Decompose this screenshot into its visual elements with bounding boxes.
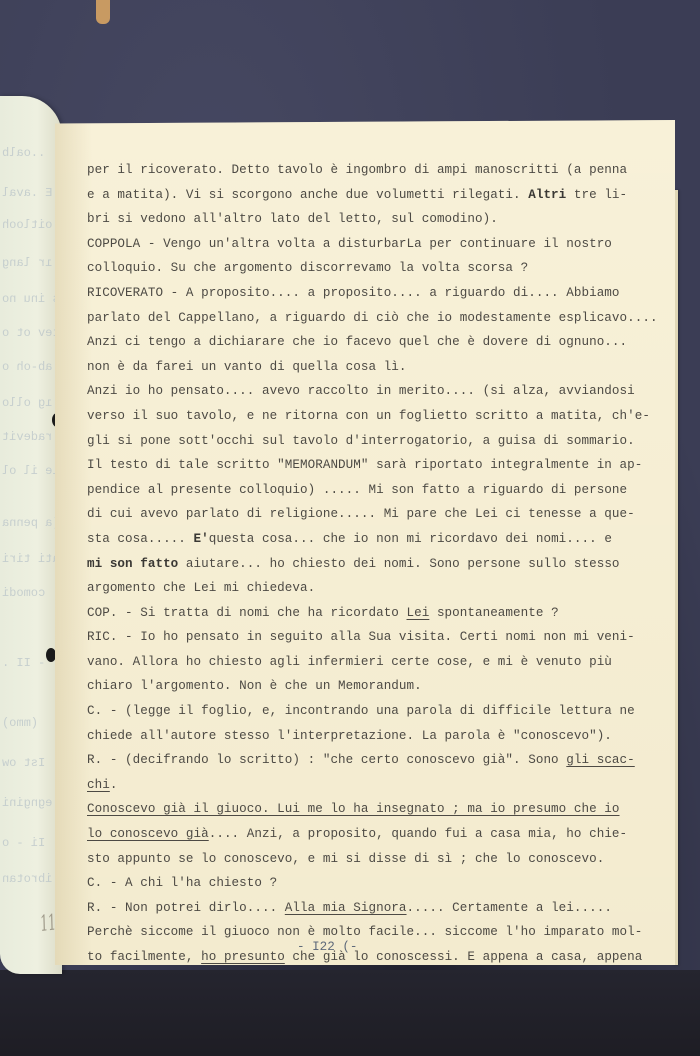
text-run: .... Anzi, a proposito, quando fui a cas… [209,827,627,841]
bleed-through-text: (a penna [2,516,60,530]
bleed-through-text: oitlooh [2,218,52,232]
text-line: Il testo di tale scritto "MEMORANDUM" sa… [87,453,665,478]
text-line: vano. Allora ho chiesto agli infermieri … [87,650,665,675]
typewritten-transcript: per il ricoverato. Detto tavolo è ingomb… [87,158,665,970]
text-run: chiaro l'argomento. Non è che un Memoran… [87,679,422,693]
text-run: pendice al presente colloquio) ..... Mi … [87,483,627,497]
bleed-through-text: ır lang [2,256,52,270]
text-line: per il ricoverato. Detto tavolo è ingomb… [87,158,665,183]
text-line: C. - A chi l'ha chiesto ? [87,871,665,896]
text-line: verso il suo tavolo, e ne ritorna con un… [87,404,665,429]
text-line: R. - (decifrando lo scritto) : "che cert… [87,748,665,773]
text-line: COPPOLA - Vengo un'altra volta a disturb… [87,232,665,257]
text-run: tre li- [566,188,627,202]
text-line: Anzi io ho pensato.... avevo raccolto in… [87,379,665,404]
text-run: sta cosa..... [87,532,194,546]
bleed-through-text: E .aval [2,186,52,200]
text-run: . [110,778,118,792]
text-line: lo conoscevo già.... Anzi, a proposito, … [87,822,665,847]
text-line: Anzi ci tengo a dichiarare che io facevo… [87,330,665,355]
bleed-through-text: rati tiri [2,552,62,566]
text-line: colloquio. Su che argomento discorrevamo… [87,256,665,281]
text-run: gli si pone sott'occhi sul tavolo d'inte… [87,434,635,448]
bold-text: mi son fatto [87,557,178,571]
typed-page: per il ricoverato. Detto tavolo è ingomb… [55,120,675,965]
text-run: vano. Allora ho chiesto agli infermieri … [87,655,612,669]
bleed-through-text: Ist ow [2,756,45,770]
underlined-text: gli scac- [566,753,634,767]
table-shadow [0,970,700,1056]
text-line: argomento che Lei mi chiedeva. [87,576,665,601]
underlined-text: lo conoscevo già [87,827,209,841]
bleed-through-text: egngini [2,796,52,810]
text-run: COP. - Si tratta di nomi che ha ricordat… [87,606,407,620]
text-run: parlato del Cappellano, a riguardo di ci… [87,311,658,325]
text-run: colloquio. Su che argomento discorrevamo… [87,261,528,275]
text-run: ..... Certamente a lei..... [407,901,612,915]
text-run: chiede all'autore stesso l'interpretazio… [87,729,612,743]
text-line: COP. - Si tratta di nomi che ha ricordat… [87,601,665,626]
text-line: chiede all'autore stesso l'interpretazio… [87,724,665,749]
text-run: RICOVERATO - A proposito.... a proposito… [87,286,620,300]
text-line: sta cosa..... E'questa cosa... che io no… [87,527,665,552]
text-line: mi son fatto aiutare... ho chiesto dei n… [87,552,665,577]
text-line: pendice al presente colloquio) ..... Mi … [87,478,665,503]
bleed-through-text: ıe il ol [2,464,60,478]
bleed-through-text: ıg ollo [2,396,52,410]
text-line: di cui avevo parlato di religione..... M… [87,502,665,527]
bleed-through-text: ab-oh o [2,360,52,374]
text-run: spontaneamente ? [429,606,558,620]
text-line: bri si vedono all'altro lato del letto, … [87,207,665,232]
text-run: di cui avevo parlato di religione..... M… [87,507,635,521]
text-run: R. - (decifrando lo scritto) : "che cert… [87,753,566,767]
text-line: RICOVERATO - A proposito.... a proposito… [87,281,665,306]
page-number: - I22 (- [297,940,357,954]
pencil-annotation: 11 [40,911,56,937]
bleed-through-text: ..oalb [2,146,45,160]
text-run: per il ricoverato. Detto tavolo è ingomb… [87,163,627,177]
text-run: Il testo di tale scritto "MEMORANDUM" sa… [87,458,642,472]
text-run: Anzi ci tengo a dichiarare che io facevo… [87,335,627,349]
previous-page: ..oalbE .avaloitloohır langs inu notev o… [0,96,62,974]
bleed-through-text: tev ot o [2,326,60,340]
text-line: chiaro l'argomento. Non è che un Memoran… [87,674,665,699]
text-line: parlato del Cappellano, a riguardo di ci… [87,306,665,331]
underlined-text: Alla mia Signora [285,901,407,915]
bleed-through-text: Ii - o [2,836,45,850]
bold-text: E' [194,532,209,546]
binder-tab [96,0,110,24]
text-run: C. - A chi l'ha chiesto ? [87,876,277,890]
underlined-text: Conoscevo già il giuoco. Lui me lo ha in… [87,802,620,816]
text-run: aiutare... ho chiesto dei nomi. Sono per… [178,557,619,571]
text-line: gli si pone sott'occhi sul tavolo d'inte… [87,429,665,454]
text-run: C. - (legge il foglio, e, incontrando un… [87,704,635,718]
text-line: C. - (legge il foglio, e, incontrando un… [87,699,665,724]
text-run: questa cosa... che io non mi ricordavo d… [209,532,612,546]
text-run: argomento che Lei mi chiedeva. [87,581,315,595]
text-run: to facilmente, [87,950,201,964]
photo-scene: ..oalbE .avaloitloohır langs inu notev o… [0,0,700,1056]
bleed-through-text: radevit [2,430,52,444]
punch-hole-lower [46,648,56,662]
underlined-text: chi [87,778,110,792]
text-line: R. - Non potrei dirlo.... Alla mia Signo… [87,896,665,921]
text-line: RIC. - Io ho pensato in seguito alla Sua… [87,625,665,650]
underlined-text: ho presunto [201,950,285,964]
text-line: e a matita). Vi si scorgono anche due vo… [87,183,665,208]
text-line: chi. [87,773,665,798]
bleed-through-text: s inu no [2,292,60,306]
text-run: non è da farei un vanto di quella cosa l… [87,360,407,374]
text-run: verso il suo tavolo, e ne ritorna con un… [87,409,650,423]
text-line: Perchè siccome il giuoco non è molto fac… [87,920,665,945]
text-run: bri si vedono all'altro lato del letto, … [87,212,498,226]
text-line: sto appunto se lo conoscevo, e mi si dis… [87,847,665,872]
bleed-through-text: - II . [2,656,45,670]
text-run: sto appunto se lo conoscevo, e mi si dis… [87,852,604,866]
text-run: R. - Non potrei dirlo.... [87,901,285,915]
text-line: Conoscevo già il giuoco. Lui me lo ha in… [87,797,665,822]
text-line: non è da farei un vanto di quella cosa l… [87,355,665,380]
bleed-through-text: ibrotan [2,872,52,886]
bleed-through-text: ; comodi [2,586,60,600]
underlined-text: Lei [407,606,430,620]
text-run: COPPOLA - Vengo un'altra volta a disturb… [87,237,612,251]
text-run: Anzi io ho pensato.... avevo raccolto in… [87,384,635,398]
bold-text: Altri [528,188,566,202]
text-run: e a matita). Vi si scorgono anche due vo… [87,188,528,202]
text-line: to facilmente, ho presunto che già lo co… [87,945,665,970]
text-run: RIC. - Io ho pensato in seguito alla Sua… [87,630,635,644]
bleed-through-text: (mmo) [2,716,38,730]
text-run: Perchè siccome il giuoco non è molto fac… [87,925,642,939]
